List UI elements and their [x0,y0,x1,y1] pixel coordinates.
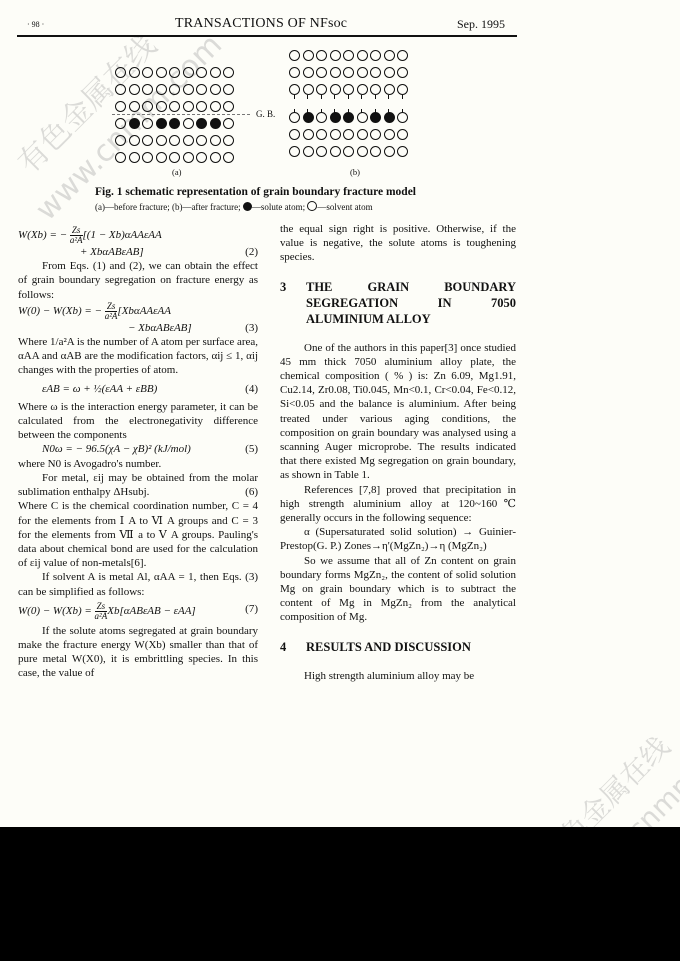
equation-5: N0ω = − 96.5(χA − χB)² (kJ/mol)(5) [18,442,258,456]
solvent-atom-icon [330,146,341,157]
solvent-atom-icon [169,84,180,95]
frac-den: a²A [95,611,108,621]
frac-num: Zs [70,226,83,235]
frac-den: a²A [70,235,83,245]
subfigure-label-b: (b) [350,167,360,177]
solute-atom-icon [384,112,395,123]
legend-solute: —solute atom; [252,202,305,212]
frac-den: a²A [105,311,118,321]
solute-atom-icon [129,118,140,129]
watermark-cn-bottom: 有色金属在线 [530,726,677,827]
paragraph: Where 1/a²A is the number of A atom per … [18,335,258,378]
solvent-atom-icon [343,84,354,95]
solvent-atom-icon [357,129,368,140]
solvent-atom-icon [397,50,408,61]
solvent-atom-icon [210,67,221,78]
solvent-atom-icon [330,67,341,78]
paragraph: References [7,8] proved that precipitati… [280,483,516,526]
eq7-number: (7) [245,602,258,621]
solvent-atom-icon [370,67,381,78]
atom-grid-after-fracture [289,50,411,163]
solvent-atom-icon [370,50,381,61]
page-number: · 98 · [27,20,44,29]
solvent-atom-icon [196,135,207,146]
issue-date: Sep. 1995 [457,17,505,32]
solvent-atom-icon [183,67,194,78]
solvent-atom-icon [316,84,327,95]
solvent-atom-icon [289,50,300,61]
atom-row [289,129,411,143]
equation-3-continued: − XbαABεAB](3) [18,321,258,335]
solvent-atom-icon [223,67,234,78]
solvent-atom-icon [115,67,126,78]
solvent-atom-icon [142,101,153,112]
solvent-atom-icon [330,84,341,95]
fraction: Zsa²A [95,602,108,621]
frac-num: Zs [105,302,118,311]
solvent-atom-icon [210,84,221,95]
solvent-atom-icon [196,152,207,163]
equation-2: W(Xb) = − Zsa²A[(1 − Xb)αAAεAA [18,226,258,245]
grain-boundary-label: G. B. [256,109,275,119]
section-heading-4: 4RESULTS AND DISCUSSION [280,639,516,655]
solvent-atom-icon [357,50,368,61]
solvent-atom-icon [397,129,408,140]
paragraph: High strength aluminium alloy may be [280,669,516,683]
header-rule [17,35,517,37]
reaction-sequence: α (Supersaturated solid solution) → Guin… [280,525,516,553]
solvent-atom-icon [142,67,153,78]
solvent-atom-icon [223,118,234,129]
solvent-atom-icon [343,146,354,157]
solvent-atom-icon [343,50,354,61]
solvent-atom-icon [357,112,368,123]
solvent-atom-icon [303,84,314,95]
section-heading-3: 3THE GRAIN BOUNDARY SEGREGATION IN 7050 … [280,279,516,327]
solvent-atom-icon [384,146,395,157]
eq2-body: [(1 − Xb)αAAεAA [83,229,162,241]
solvent-atom-icon [370,146,381,157]
eq7-lhs: W(0) − W(Xb) = [18,605,92,617]
solvent-atom-icon [169,67,180,78]
atom-row [115,118,237,132]
grain-boundary-line [112,114,250,115]
fraction: Zsa²A [70,226,83,245]
solvent-atom-icon [357,146,368,157]
equation-7: W(0) − W(Xb) = Zsa²AXb[αABεAB − εAA] (7) [18,602,258,621]
legend-parts: (a)—before fracture; (b)—after fracture; [95,202,241,212]
figure-caption: Fig. 1 schematic representation of grain… [95,186,416,198]
solvent-atom-icon [384,50,395,61]
figure-legend: (a)—before fracture; (b)—after fracture;… [95,201,373,212]
solvent-atom-icon [303,129,314,140]
solvent-atom-icon [223,101,234,112]
solvent-atom-icon [142,135,153,146]
running-header: · 98 · TRANSACTIONS OF NFsoc Sep. 1995 [17,14,517,34]
solute-atom-icon [169,118,180,129]
solute-atom-icon [303,112,314,123]
atom-row [289,84,411,98]
eq3-cont: − XbαABεAB] [128,321,192,335]
paragraph: If solvent A is metal Al, αAA = 1, then … [18,570,258,598]
eq2-cont: + XbαABεAB] [80,245,144,259]
solvent-atom-icon [397,84,408,95]
solvent-atom-icon [303,50,314,61]
equation-4: εAB = ω + ½(εAA + εBB)(4) [18,382,258,396]
solvent-atom-icon [129,84,140,95]
paragraph: From Eqs. (1) and (2), we can obtain the… [18,259,258,302]
solvent-atom-icon [289,146,300,157]
atom-row [289,146,411,160]
solvent-atom-icon [289,67,300,78]
left-column: W(Xb) = − Zsa²A[(1 − Xb)αAAεAA + XbαABεA… [18,226,258,681]
paragraph: the equal sign right is positive. Otherw… [280,222,516,265]
solvent-atom-icon [316,50,327,61]
solvent-atom-icon [169,135,180,146]
solvent-atom-icon [316,67,327,78]
atom-row [115,84,237,98]
paragraph: where N0 is Avogadro's number. [18,457,258,471]
atom-row [289,67,411,81]
solvent-atom-icon [115,118,126,129]
equation-3: W(0) − W(Xb) = − Zsa²A[XbαAAεAA [18,302,258,321]
solvent-atom-icon [129,101,140,112]
solvent-atom-icon [397,112,408,123]
paragraph: If the solute atoms segregated at grain … [18,624,258,681]
solvent-atom-icon [196,101,207,112]
eq5-number: (5) [245,442,258,456]
solvent-atom-icon [196,67,207,78]
frac-num: Zs [95,602,108,611]
solvent-atom-icon [384,84,395,95]
solvent-atom-icon [357,67,368,78]
equation-2-continued: + XbαABεAB](2) [18,245,258,259]
journal-title: TRANSACTIONS OF NFsoc [175,16,347,32]
heading-text: RESULTS AND DISCUSSION [306,639,471,655]
solvent-atom-icon [316,112,327,123]
subfigure-label-a: (a) [172,167,181,177]
atom-row [115,135,237,149]
paragraph: Where C is the chemical coordination num… [18,499,258,570]
solute-atom-icon [156,118,167,129]
solvent-atom-icon [169,101,180,112]
solvent-atom-icon [316,146,327,157]
atom-grid-before-fracture [115,67,237,169]
solvent-atom-icon [196,84,207,95]
heading-number: 3 [280,279,306,327]
atom-row [289,112,411,126]
solvent-atom-icon [115,152,126,163]
solvent-atom-icon [289,112,300,123]
solvent-atom-icon [156,101,167,112]
paper-page: 有色金属在线 www.cnmm.com 有色金属在线 www.cnmm.com … [0,0,680,827]
heading-number: 4 [280,639,306,655]
solute-atom-icon [343,112,354,123]
paragraph: So we assume that all of Zn content on g… [280,554,516,625]
solvent-atom-icon [115,135,126,146]
solute-atom-icon [196,118,207,129]
solvent-atom-icon [357,84,368,95]
solute-atom-icon [243,202,252,211]
eq3-number: (3) [245,321,258,335]
solvent-atom-icon [307,201,317,211]
solvent-atom-icon [129,152,140,163]
solvent-atom-icon [183,101,194,112]
solvent-atom-icon [156,152,167,163]
atom-row [115,152,237,166]
solvent-atom-icon [183,152,194,163]
atom-row [115,67,237,81]
solvent-atom-icon [210,101,221,112]
solvent-atom-icon [223,152,234,163]
solvent-atom-icon [316,129,327,140]
legend-solvent: —solvent atom [317,202,372,212]
eq7-body: Xb[αABεAB − εAA] [107,605,195,617]
solvent-atom-icon [129,67,140,78]
solvent-atom-icon [223,84,234,95]
atom-row [115,101,237,115]
solvent-atom-icon [289,84,300,95]
solvent-atom-icon [330,129,341,140]
solvent-atom-icon [384,129,395,140]
eq2-number: (2) [245,245,258,259]
solvent-atom-icon [115,101,126,112]
solute-atom-icon [330,112,341,123]
paragraph: One of the authors in this paper[3] once… [280,341,516,483]
solute-atom-icon [210,118,221,129]
eq3-body: [XbαAAεAA [117,305,171,317]
solvent-atom-icon [156,67,167,78]
solvent-atom-icon [183,84,194,95]
solvent-atom-icon [330,50,341,61]
solvent-atom-icon [370,129,381,140]
solvent-atom-icon [370,84,381,95]
solute-atom-icon [370,112,381,123]
right-column: the equal sign right is positive. Otherw… [280,222,516,683]
solvent-atom-icon [343,129,354,140]
solvent-atom-icon [142,118,153,129]
eq6-number: (6) [245,485,258,499]
paragraph: Where ω is the interaction energy parame… [18,400,258,443]
solvent-atom-icon [289,129,300,140]
solvent-atom-icon [303,67,314,78]
solvent-atom-icon [115,84,126,95]
solvent-atom-icon [169,152,180,163]
atom-row [289,50,411,64]
watermark-url-bottom: www.cnmm.com [567,713,680,827]
solvent-atom-icon [142,152,153,163]
eq5-body: N0ω = − 96.5(χA − χB)² (kJ/mol) [42,442,191,456]
eq2-lhs: W(Xb) = − [18,229,67,241]
solvent-atom-icon [397,146,408,157]
eq4-number: (4) [245,382,258,396]
solvent-atom-icon [210,135,221,146]
solvent-atom-icon [303,146,314,157]
solvent-atom-icon [156,135,167,146]
solvent-atom-icon [142,84,153,95]
solvent-atom-icon [397,67,408,78]
solvent-atom-icon [156,84,167,95]
solvent-atom-icon [384,67,395,78]
solvent-atom-icon [129,135,140,146]
solvent-atom-icon [210,152,221,163]
solvent-atom-icon [343,67,354,78]
fraction: Zsa²A [105,302,118,321]
solvent-atom-icon [223,135,234,146]
heading-text: THE GRAIN BOUNDARY SEGREGATION IN 7050 A… [306,279,516,327]
eq4-body: εAB = ω + ½(εAA + εBB) [42,382,157,396]
solvent-atom-icon [183,118,194,129]
solvent-atom-icon [183,135,194,146]
eq3-lhs: W(0) − W(Xb) = − [18,305,102,317]
